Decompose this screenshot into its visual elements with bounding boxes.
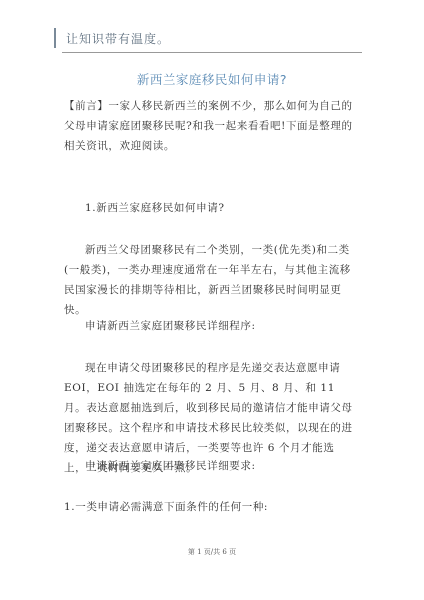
header-accent-bar bbox=[54, 28, 56, 48]
page-number-footer: 第 1 页/共 6 页 bbox=[0, 547, 424, 557]
page-header: 让知识带有温度。 bbox=[54, 28, 170, 48]
list-item-requirement-1: 1.一类申请必需满意下面条件的任何一种: bbox=[64, 497, 356, 517]
section-heading-requirements: 申请新西兰家庭团聚移民详细要求: bbox=[64, 456, 356, 476]
intro-paragraph: 【前言】一家人移民新西兰的案例不少，那么如何为自己的父母申请家庭团聚移民呢?和我… bbox=[64, 96, 356, 156]
header-divider bbox=[62, 52, 362, 53]
section-heading-procedure: 申请新西兰家庭团聚移民详细程序: bbox=[64, 316, 356, 336]
body-paragraph-categories: 新西兰父母团聚移民有二个类别，一类(优先类)和二类(一般类)，一类办理速度通常在… bbox=[64, 240, 356, 320]
header-slogan: 让知识带有温度。 bbox=[66, 30, 170, 47]
document-title: 新西兰家庭移民如何申请? bbox=[0, 70, 424, 88]
section-heading-1: 1.新西兰家庭移民如何申请? bbox=[64, 198, 356, 218]
